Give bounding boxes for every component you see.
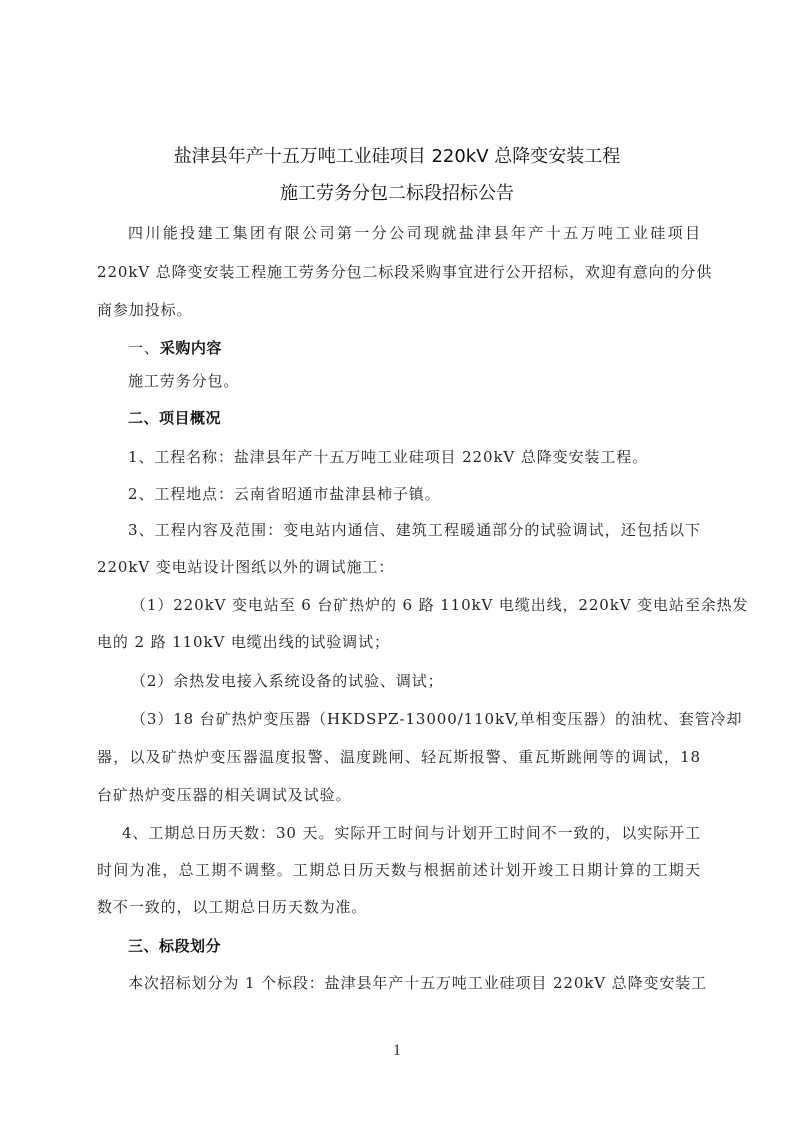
project-scope-item-line1: 3、工程内容及范围：变电站内通信、建筑工程暖通部分的试验调试，还包括以下 bbox=[128, 520, 701, 540]
section3-heading: 三、标段划分 bbox=[128, 936, 701, 956]
project-location-item: 2、工程地点：云南省昭通市盐津县柿子镇。 bbox=[128, 484, 701, 504]
section1-body: 施工劳务分包。 bbox=[128, 371, 701, 391]
section1-heading-text: 采购内容 bbox=[160, 339, 222, 357]
project-scope-item-line2: 220kV 变电站设计图纸以外的调试施工： bbox=[97, 557, 701, 577]
scope-sub3-line2: 器，以及矿热炉变压器温度报警、温度跳闸、轻瓦斯报警、重瓦斯跳闸等的调试，18 bbox=[97, 747, 701, 767]
project-name-item: 1、工程名称：盐津县年产十五万吨工业硅项目 220kV 总降变安装工程。 bbox=[128, 447, 701, 467]
document-page: 盐津县年产十五万吨工业硅项目 220kV 总降变安装工程 施工劳务分包二标段招标… bbox=[0, 0, 794, 1123]
intro-paragraph-line3: 商参加投标。 bbox=[97, 300, 701, 320]
page-number: 1 bbox=[0, 1042, 794, 1060]
duration-item-line2: 时间为准，总工期不调整。工期总日历天数与根据前述计划开竣工日期计算的工期天 bbox=[97, 860, 701, 880]
section2-heading: 二、项目概况 bbox=[128, 408, 701, 428]
document-title-line2: 施工劳务分包二标段招标公告 bbox=[0, 182, 794, 206]
intro-paragraph-line2: 220kV 总降变安装工程施工劳务分包二标段采购事宜进行公开招标，欢迎有意向的分… bbox=[97, 262, 701, 282]
scope-sub3-line3: 台矿热炉变压器的相关调试及试验。 bbox=[97, 785, 701, 805]
document-title-line1: 盐津县年产十五万吨工业硅项目 220kV 总降变安装工程 bbox=[0, 145, 794, 169]
scope-sub1-line1: （1）220kV 变电站至 6 台矿热炉的 6 路 110kV 电缆出线，220… bbox=[131, 595, 701, 615]
duration-item-line3: 数不一致的，以工期总日历天数为准。 bbox=[97, 897, 701, 917]
scope-sub1-line2: 电的 2 路 110kV 电缆出线的试验调试； bbox=[97, 632, 701, 652]
section1-heading-prefix: 一、 bbox=[128, 339, 160, 357]
section1-heading: 一、采购内容 bbox=[128, 338, 701, 358]
scope-sub2: （2）余热发电接入系统设备的试验、调试； bbox=[131, 671, 701, 691]
section3-body-line1: 本次招标划分为 1 个标段：盐津县年产十五万吨工业硅项目 220kV 总降变安装… bbox=[128, 973, 701, 993]
intro-paragraph-line1: 四川能投建工集团有限公司第一分公司现就盐津县年产十五万吨工业硅项目 bbox=[128, 223, 701, 243]
scope-sub3-line1: （3）18 台矿热炉变压器（HKDSPZ-13000/110kV,单相变压器）的… bbox=[131, 709, 701, 729]
duration-item-line1: 4、工期总日历天数：30 天。实际开工时间与计划开工时间不一致的，以实际开工 bbox=[122, 823, 701, 843]
